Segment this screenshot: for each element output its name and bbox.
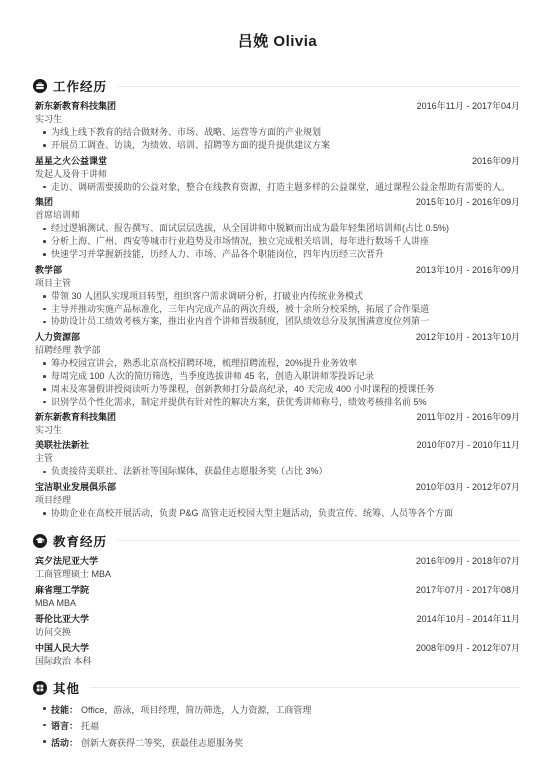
grid-icon	[33, 681, 47, 695]
company-name: 人力资源部	[35, 331, 80, 343]
section-education: 教育经历 宾夕法尼亚大学 2016年09月 - 2018年07月 工商管理硕士 …	[35, 532, 520, 667]
date-range: 2016年11月 - 2017年04月	[417, 100, 520, 112]
other-item-label: 技能：	[51, 705, 78, 715]
company-name: 新东新教育科技集团	[35, 100, 116, 112]
job-title: 招聘经理 教学部	[35, 344, 520, 356]
other-item-text: 托福	[81, 721, 99, 731]
school-name: 麻省理工学院	[35, 584, 89, 596]
other-item-label: 语言：	[51, 721, 78, 731]
section-work: 工作经历 新东新教育科技集团 2016年11月 - 2017年04月 实习生 为…	[35, 77, 520, 520]
work-entry: 宝洁职业发展俱乐部 2010年03月 - 2012年07月 项目经理 协助企业在…	[35, 481, 520, 520]
work-entry: 教学部 2013年10月 - 2016年09月 项目主管 带领 30 人团队实现…	[35, 264, 520, 328]
bullet-item: 负责接待美联社、法新社等国际媒体，获最佳志愿服务奖（占比 3%）	[51, 465, 520, 478]
bullet-item: 筹办校园宣讲会，熟悉北京高校招聘环境，梳理招聘流程，20%提升业务效率	[51, 357, 520, 370]
bullet-item: 为线上线下教育的结合做财务、市场、战略、运营等方面的产业规划	[51, 126, 520, 139]
other-item-activity: 活动：创新大赛获得二等奖，获最佳志愿服务奖	[51, 735, 520, 752]
bullet-item: 分析上海、广州、西安等城市行业趋势及市场情况，独立完成相关培训，每年进行数场千人…	[51, 235, 520, 248]
education-section-title: 教育经历	[53, 532, 107, 550]
date-range: 2012年10月 - 2013年10月	[416, 331, 520, 343]
work-section-title: 工作经历	[53, 77, 107, 95]
company-name: 美联社法新社	[35, 439, 89, 451]
section-divider	[117, 540, 520, 541]
education-entry: 中国人民大学 2008年09月 - 2012年07月 国际政治 本科	[35, 642, 520, 667]
other-item-text: 创新大赛获得二等奖，获最佳志愿服务奖	[81, 738, 243, 748]
education-entry: 麻省理工学院 2017年07月 - 2017年08月 MBA MBA	[35, 584, 520, 609]
school-name: 中国人民大学	[35, 642, 89, 654]
job-title: 发起人及骨干讲师	[35, 168, 520, 180]
resume-page: 吕娩 Olivia 工作经历 新东新教育科技集团 2016年11月 - 2017…	[0, 0, 550, 751]
bullet-item: 经过逻辑测试、报告撰写、面试层层选拔，从全国讲师中脱颖而出成为最年轻集团培训师(…	[51, 222, 520, 235]
job-title: 项目主管	[35, 277, 520, 289]
degree: 工商管理硕士 MBA	[35, 568, 520, 580]
other-item-text: Office，游泳，项目经理，简历筛选，人力资源，工商管理	[81, 705, 311, 715]
company-name: 星星之火公益课堂	[35, 155, 107, 167]
bullet-item: 快速学习并掌握新技能，历经人力、市场、产品各个职能岗位，四年内历经三次晋升	[51, 248, 520, 261]
education-entry: 哥伦比亚大学 2014年10月 - 2014年11月 访问交换	[35, 613, 520, 638]
date-range: 2010年07月 - 2010年11月	[417, 439, 520, 451]
job-title: 项目经理	[35, 494, 520, 506]
work-entry: 新东新教育科技集团 2011年02月 - 2016年09月 实习生	[35, 411, 520, 436]
date-range: 2014年10月 - 2014年11月	[417, 613, 520, 625]
other-item-label: 活动：	[51, 738, 78, 748]
bullet-item: 走访、调研需要援助的公益对象，整合在线教育资源，打造主题多样的公益课堂，通过课程…	[51, 181, 520, 194]
date-range: 2013年10月 - 2016年09月	[416, 264, 520, 276]
degree: 国际政治 本科	[35, 655, 520, 667]
company-name: 集团	[35, 196, 53, 208]
bullet-item: 每周完成 100 人次的简历筛选，当季度选拔讲师 45 名，创造入职讲师零投诉记…	[51, 370, 520, 383]
company-name: 新东新教育科技集团	[35, 411, 116, 423]
bullet-item: 带领 30 人团队实现项目转型，组织客户需求调研分析，打破业内传统业务模式	[51, 290, 520, 303]
other-item-language: 语言：托福	[51, 718, 520, 735]
degree: 访问交换	[35, 626, 520, 638]
section-divider	[90, 687, 520, 688]
briefcase-icon	[33, 79, 47, 93]
page-title: 吕娩 Olivia	[35, 30, 520, 51]
section-other: 其他 技能：Office，游泳，项目经理，简历筛选，人力资源，工商管理 语言：托…	[35, 679, 520, 752]
graduation-cap-icon	[33, 534, 47, 548]
job-title: 主管	[35, 452, 520, 464]
work-entry: 集团 2015年10月 - 2016年09月 首席培训师 经过逻辑测试、报告撰写…	[35, 196, 520, 260]
other-section-header: 其他	[33, 679, 520, 697]
work-entry: 星星之火公益课堂 2016年09月 发起人及骨干讲师 走访、调研需要援助的公益对…	[35, 155, 520, 194]
work-entry: 美联社法新社 2010年07月 - 2010年11月 主管 负责接待美联社、法新…	[35, 439, 520, 478]
work-section-header: 工作经历	[33, 77, 520, 95]
work-entry: 人力资源部 2012年10月 - 2013年10月 招聘经理 教学部 筹办校园宣…	[35, 331, 520, 408]
other-section-title: 其他	[53, 679, 80, 697]
education-section-header: 教育经历	[33, 532, 520, 550]
bullet-item: 协助设计员工绩效考核方案，推出业内首个讲师晋级制度，团队绩效总分及氛围满意度位列…	[51, 315, 520, 328]
degree: MBA MBA	[35, 597, 520, 609]
date-range: 2016年09月	[472, 155, 520, 167]
school-name: 宾夕法尼亚大学	[35, 555, 98, 567]
bullet-item: 周末及寒暑假讲授阅读听力等课程，创新教师打分最高纪录，40 天完成 400 小时…	[51, 383, 520, 396]
bullet-item: 协助企业在高校开展活动，负责 P&G 高管走近校园大型主题活动，负责宣传、统筹、…	[51, 507, 520, 520]
company-name: 宝洁职业发展俱乐部	[35, 481, 116, 493]
date-range: 2011年02月 - 2016年09月	[417, 411, 520, 423]
bullet-item: 开展员工调查、访谈，为绩效、培训、招聘等方面的提升提供建议方案	[51, 139, 520, 152]
education-entry: 宾夕法尼亚大学 2016年09月 - 2018年07月 工商管理硕士 MBA	[35, 555, 520, 580]
job-title: 实习生	[35, 424, 520, 436]
school-name: 哥伦比亚大学	[35, 613, 89, 625]
section-divider	[117, 86, 520, 87]
date-range: 2015年10月 - 2016年09月	[416, 196, 520, 208]
job-title: 首席培训师	[35, 209, 520, 221]
date-range: 2010年03月 - 2012年07月	[416, 481, 520, 493]
bullet-item: 主导并推动实施产品标准化，三年内完成产品的两次升级，被十余所分校采纳，拓展了合作…	[51, 303, 520, 316]
company-name: 教学部	[35, 264, 62, 276]
date-range: 2008年09月 - 2012年07月	[416, 642, 520, 654]
other-item-skills: 技能：Office，游泳，项目经理，简历筛选，人力资源，工商管理	[51, 702, 520, 719]
date-range: 2017年07月 - 2017年08月	[416, 584, 520, 596]
job-title: 实习生	[35, 113, 520, 125]
date-range: 2016年09月 - 2018年07月	[416, 555, 520, 567]
bullet-item: 识别学员个性化需求，制定并提供有针对性的解决方案，获优秀讲师称号，绩效考核排名前…	[51, 396, 520, 409]
work-entry: 新东新教育科技集团 2016年11月 - 2017年04月 实习生 为线上线下教…	[35, 100, 520, 152]
